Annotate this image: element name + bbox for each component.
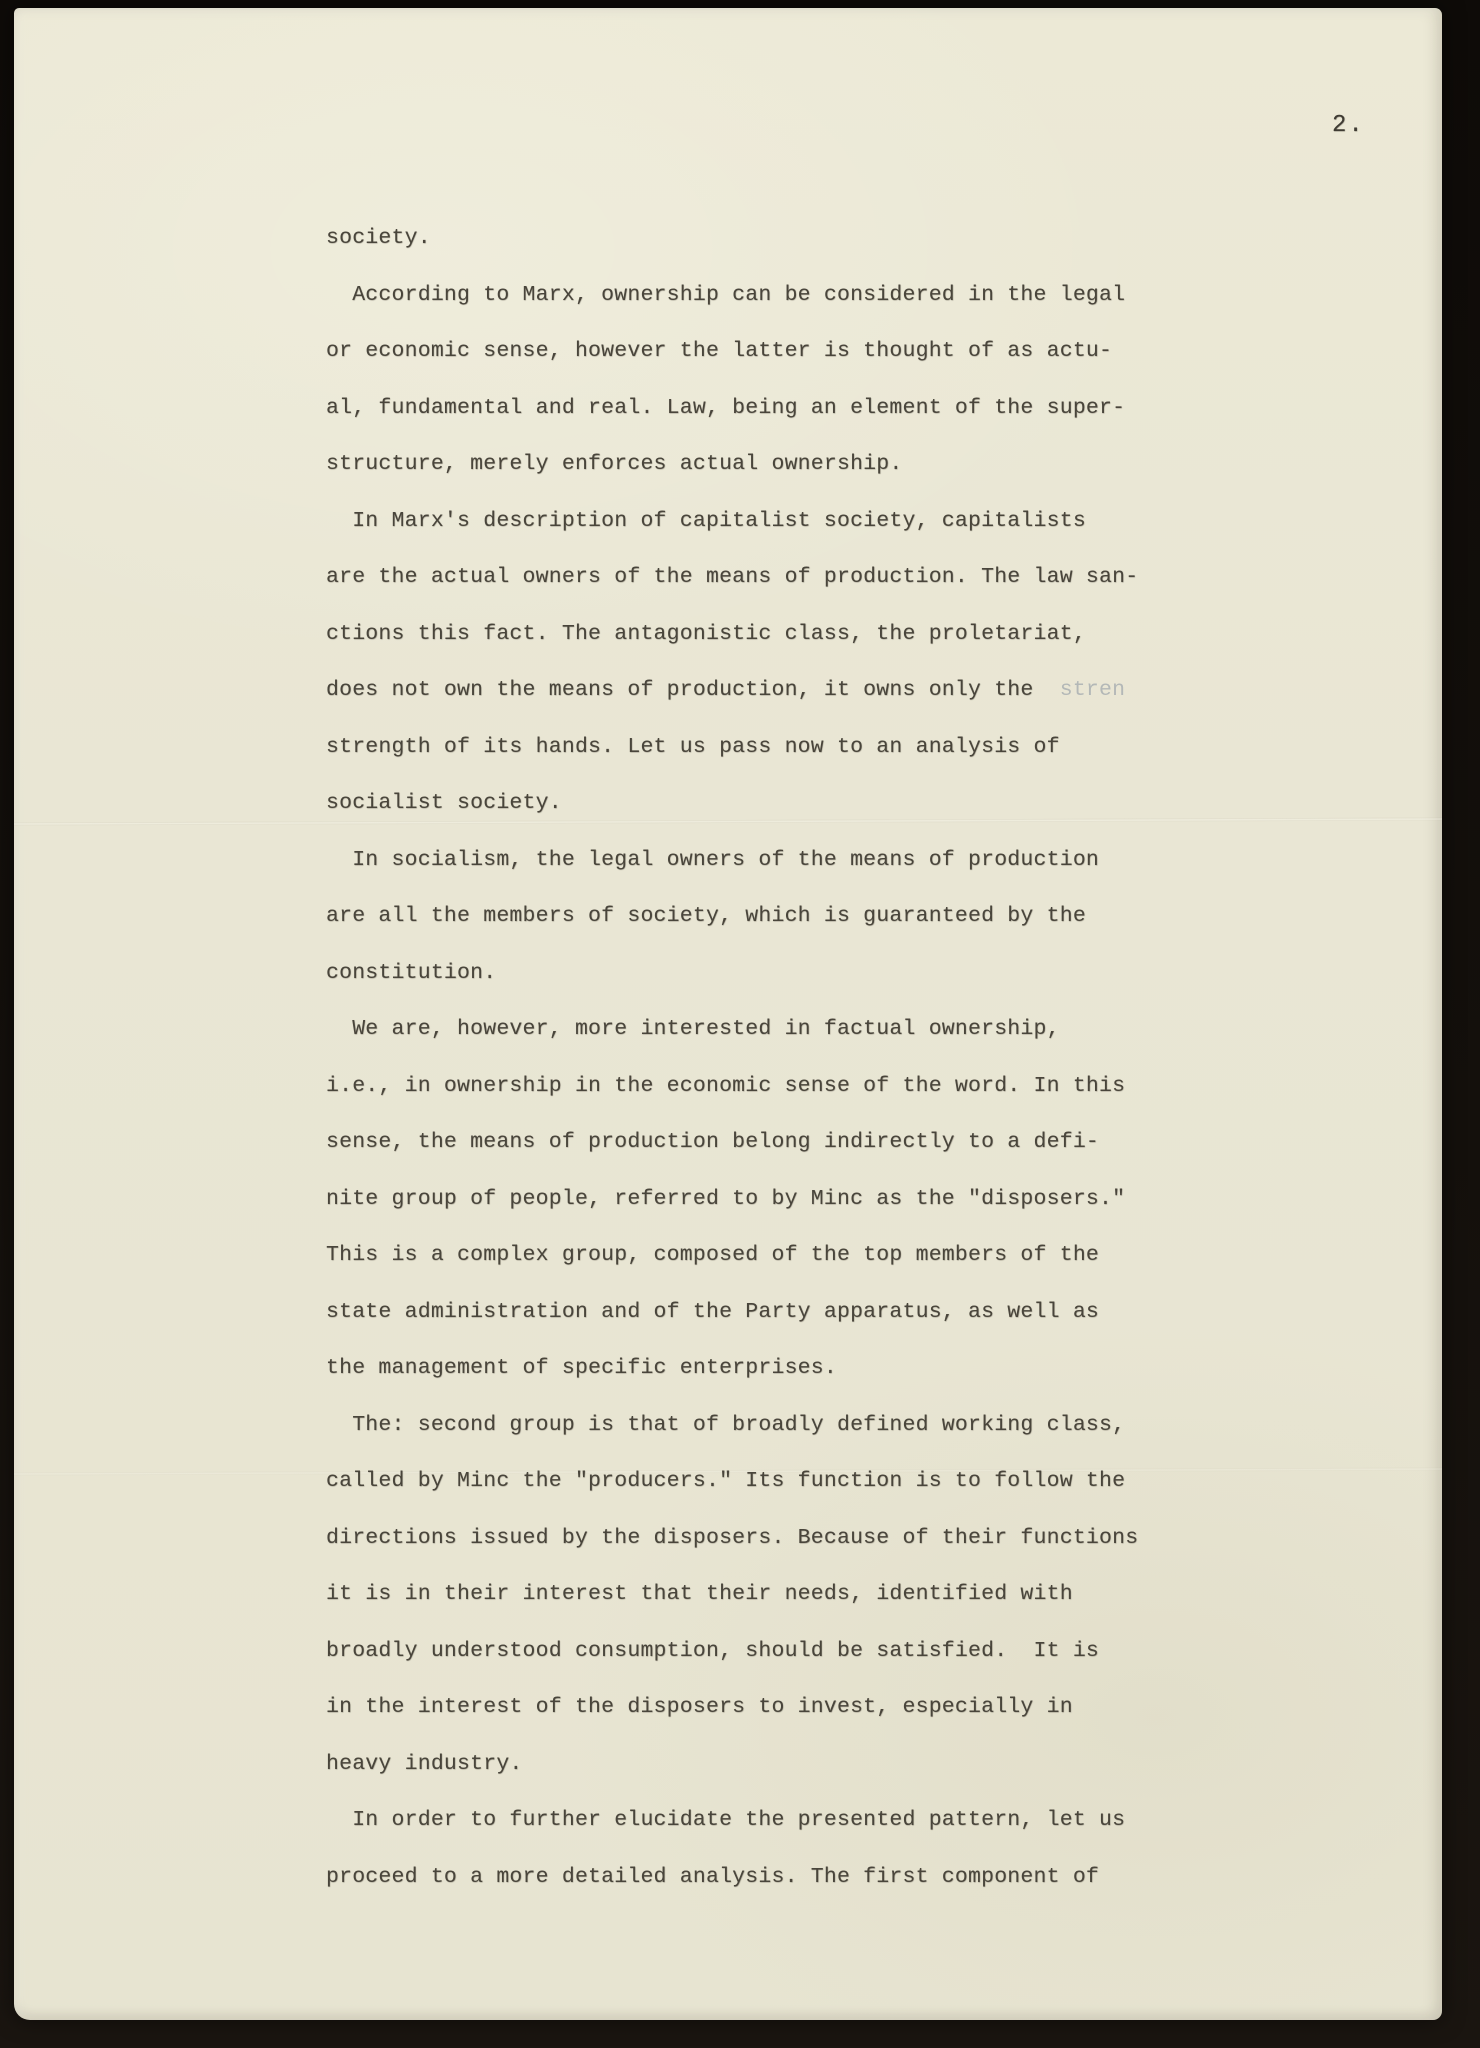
text-line: it is in their interest that their needs…	[326, 1566, 1156, 1623]
document-page: 2. society. According to Marx, ownership…	[14, 8, 1442, 2020]
text-line: In Marx's description of capitalist soci…	[326, 493, 1156, 550]
faint-ghost-text: stren	[1034, 678, 1126, 702]
text-line: i.e., in ownership in the economic sense…	[326, 1058, 1156, 1115]
text-line: in the interest of the disposers to inve…	[326, 1679, 1156, 1736]
text-line: strength of its hands. Let us pass now t…	[326, 719, 1156, 776]
text-line: called by Minc the "producers." Its func…	[326, 1453, 1156, 1510]
text-line: the management of specific enterprises.	[326, 1340, 1156, 1397]
scan-background: 2. society. According to Marx, ownership…	[0, 0, 1480, 2048]
text-line: The: second group is that of broadly def…	[326, 1397, 1156, 1454]
text-line: al, fundamental and real. Law, being an …	[326, 380, 1156, 437]
text-line: society.	[326, 210, 1156, 267]
text-line: state administration and of the Party ap…	[326, 1284, 1156, 1341]
text-line: broadly understood consumption, should b…	[326, 1623, 1156, 1680]
text-line: In order to further elucidate the presen…	[326, 1792, 1156, 1849]
text-line: does not own the means of production, it…	[326, 662, 1156, 719]
text-line: We are, however, more interested in fact…	[326, 1001, 1156, 1058]
text-line: are all the members of society, which is…	[326, 888, 1156, 945]
text-line: nite group of people, referred to by Min…	[326, 1171, 1156, 1228]
typewritten-text: society. According to Marx, ownership ca…	[326, 210, 1156, 1905]
text-line: constitution.	[326, 945, 1156, 1002]
page-number: 2.	[1332, 112, 1365, 139]
text-line: heavy industry.	[326, 1736, 1156, 1793]
text-line: sense, the means of production belong in…	[326, 1114, 1156, 1171]
text-line: ctions this fact. The antagonistic class…	[326, 606, 1156, 663]
text-line: directions issued by the disposers. Beca…	[326, 1510, 1156, 1567]
text-line: are the actual owners of the means of pr…	[326, 549, 1156, 606]
text-line: According to Marx, ownership can be cons…	[326, 267, 1156, 324]
text-line: socialist society.	[326, 775, 1156, 832]
text-line: proceed to a more detailed analysis. The…	[326, 1849, 1156, 1906]
text-line: This is a complex group, composed of the…	[326, 1227, 1156, 1284]
text-line: structure, merely enforces actual owners…	[326, 436, 1156, 493]
text-line: or economic sense, however the latter is…	[326, 323, 1156, 380]
text-line: In socialism, the legal owners of the me…	[326, 832, 1156, 889]
